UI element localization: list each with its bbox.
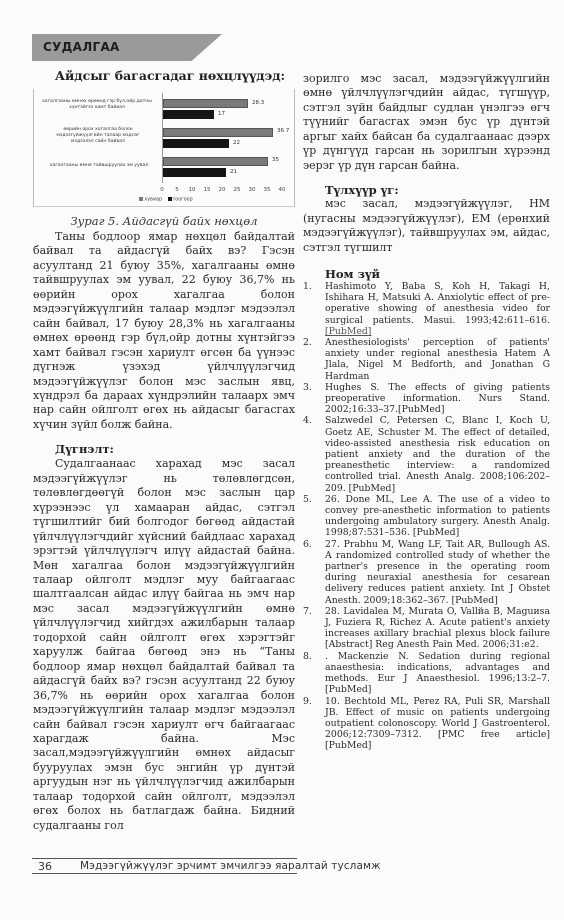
x-tick: 30 — [249, 187, 256, 193]
plot-area: 28.3 17 36.7 22 35 21 — [162, 93, 282, 183]
figure-caption: Зураг 5. Айдасгүй байх нөхцөл — [33, 214, 295, 228]
pubmed-link[interactable]: [PubMed] — [325, 684, 371, 695]
reference-number: 8. — [303, 651, 312, 662]
reference-text: 10. Bechtold ML, Perez RA, Puli SR, Mars… — [325, 696, 550, 741]
reference-number: 2. — [303, 337, 312, 348]
section-label: СУДАЛГАА — [43, 40, 120, 54]
reference-item: 6.27. Prabhu M, Wang LF, Tait AR, Bullou… — [303, 539, 550, 606]
pubmed-link[interactable]: [PubMed] — [451, 595, 497, 606]
chart-category-label: хагалгааны өмнөх өрөөнд гэр бүл,ойр дотн… — [38, 99, 156, 111]
x-tick: 35 — [264, 187, 271, 193]
bar-chart: хагалгааны өмнөх өрөөнд гэр бүл,ойр дотн… — [33, 89, 295, 207]
bar-percent-1 — [163, 99, 248, 108]
x-tick: 0 — [160, 187, 164, 193]
reference-item: 7.28. Lavidalea M, Murata O, Vallйa B, M… — [303, 606, 550, 651]
reference-item: 4.Salzwedel C, Petersen C, Blanc I, Koch… — [303, 415, 550, 493]
reference-number: 4. — [303, 415, 312, 426]
footer-rule-top — [32, 858, 297, 859]
reference-number: 9. — [303, 696, 312, 707]
reference-number: 7. — [303, 606, 312, 617]
results-paragraph: Таны бодлоор ямар нөхцөл байдалтай байва… — [33, 230, 295, 432]
bar-count-1 — [163, 110, 214, 119]
bar-value: 36.7 — [277, 128, 289, 134]
x-tick: 40 — [279, 187, 286, 193]
journal-name: Мэдээгүйжүүлэг эрчимт эмчилгээ яаралтай … — [80, 860, 381, 872]
pubmed-link[interactable]: [PubMed] — [398, 404, 444, 415]
reference-number: 3. — [303, 382, 312, 393]
reference-text: . Mackenzie N. Sedation during regional … — [325, 651, 550, 684]
reference-number: 5. — [303, 494, 312, 505]
figure-title: Айдсыг багасгадаг нөхцлүүдэд: — [45, 68, 295, 83]
chart-category-label: хагалгааны өмнө тайвшруулах эм уувал — [38, 163, 160, 169]
legend-label: тоогоор — [173, 198, 193, 203]
reference-item: 5.26. Done ML, Lee A. The use of a video… — [303, 494, 550, 539]
footer-rule-bottom — [32, 873, 297, 874]
reference-item: 8.. Mackenzie N. Sedation during regiona… — [303, 651, 550, 696]
pubmed-link[interactable]: [PubMed] — [349, 483, 395, 494]
chart-category-label: өөрийн орох хагалгаа болон мэдээгүйжүүлг… — [48, 127, 148, 145]
bar-percent-2 — [163, 128, 273, 137]
page-number: 36 — [38, 860, 52, 873]
conclusion-heading: Дүгнэлт: — [55, 442, 295, 456]
left-column: Айдсыг багасгадаг нөхцлүүдэд: хагалгааны… — [33, 68, 295, 833]
keywords-text: мэс засал, мэдээгүйжүүлэг, НМ (нугасны м… — [303, 197, 550, 255]
references-heading: Ном зүй — [325, 267, 550, 281]
reference-item: 3.Hughes S. The effects of giving patien… — [303, 382, 550, 416]
bar-value: 28.3 — [252, 100, 264, 106]
reference-text: 28. Lavidalea M, Murata O, Vallйa B, Mag… — [325, 606, 550, 651]
reference-text: Hashimoto Y, Baba S, Koh H, Takagi H, Is… — [325, 281, 550, 326]
bar-count-3 — [163, 168, 226, 177]
bar-value: 17 — [218, 111, 225, 117]
chart-legend: хувиар тоогоор — [34, 197, 294, 203]
x-tick: 20 — [219, 187, 226, 193]
bar-percent-3 — [163, 157, 268, 166]
reference-item: 2.Anesthesiologists' perception of patie… — [303, 337, 550, 382]
continued-paragraph: зорилго мэс засал, мэдээгүйжүүлгийн өмнө… — [303, 72, 550, 173]
keywords-heading: Түлхүүр үг: — [325, 183, 550, 197]
reference-item: 9.10. Bechtold ML, Perez RA, Puli SR, Ma… — [303, 696, 550, 752]
bar-count-2 — [163, 139, 229, 148]
pubmed-link[interactable]: [PubMed] — [325, 740, 371, 751]
x-tick: 5 — [175, 187, 179, 193]
bar-value: 35 — [272, 157, 279, 163]
bar-value: 21 — [230, 169, 237, 175]
reference-item: 1.Hashimoto Y, Baba S, Koh H, Takagi H, … — [303, 281, 550, 337]
reference-number: 6. — [303, 539, 312, 550]
x-tick: 15 — [204, 187, 211, 193]
legend-swatch-icon — [139, 197, 143, 201]
pubmed-link[interactable]: [PubMed] — [325, 326, 371, 337]
conclusion-paragraph: Судалгаанаас харахад мэс засал мэдээгүйж… — [33, 457, 295, 833]
pubmed-link[interactable]: [PubMed] — [413, 527, 459, 538]
x-tick: 25 — [234, 187, 241, 193]
legend-swatch-icon — [168, 197, 172, 201]
references-list: 1.Hashimoto Y, Baba S, Koh H, Takagi H, … — [303, 281, 550, 752]
reference-text: 27. Prabhu M, Wang LF, Tait AR, Bullough… — [325, 539, 550, 606]
legend-label: хувиар — [144, 198, 162, 203]
reference-text: Anesthesiologists' perception of patient… — [325, 337, 550, 382]
bar-value: 22 — [233, 140, 240, 146]
reference-number: 1. — [303, 281, 312, 292]
x-tick: 10 — [189, 187, 196, 193]
section-banner: СУДАЛГАА — [32, 34, 222, 61]
right-column: зорилго мэс засал, мэдээгүйжүүлгийн өмнө… — [303, 72, 550, 752]
